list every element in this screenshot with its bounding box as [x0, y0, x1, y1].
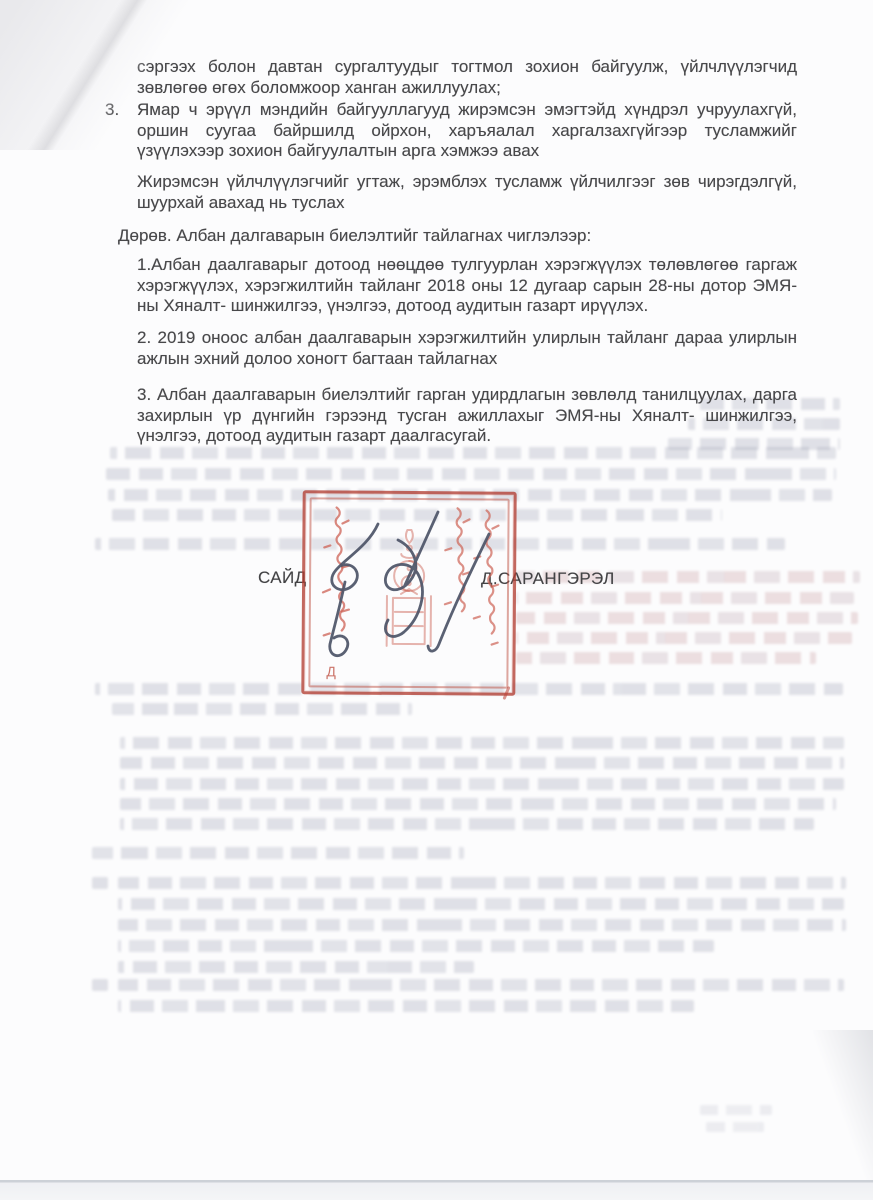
bleedthrough-line	[118, 898, 844, 910]
bleedthrough-line	[118, 940, 714, 952]
bleedthrough-line	[516, 592, 854, 604]
item-text: Ямар ч эрүүл мэндийн байгууллагууд жирэм…	[137, 100, 797, 162]
bleedthrough-line	[120, 798, 836, 810]
bleedthrough-line	[516, 632, 852, 644]
directive-1: 1.Албан даалгаварыг дотоод нөөцдөө тулгу…	[137, 255, 797, 317]
bleedthrough-line	[120, 778, 844, 790]
section-four-heading: Дөрөв. Албан далгаварын биелэлтийг тайла…	[118, 226, 818, 247]
minister-signature-ink	[296, 486, 536, 716]
bleedthrough-line	[120, 757, 844, 769]
bleedthrough-line	[118, 877, 846, 889]
bleedthrough-line	[120, 818, 814, 830]
scanned-page: сэргээх болон давтан сургалтуудыг тогтмо…	[0, 0, 873, 1200]
bleedthrough-line	[700, 1105, 772, 1115]
bleedthrough-line	[120, 737, 844, 749]
bleedthrough-line	[118, 919, 846, 931]
bottom-page-edge	[0, 1180, 873, 1200]
bleedthrough-line	[106, 468, 836, 480]
bleedthrough-line	[516, 652, 816, 664]
numbered-item-3: 3. Ямар ч эрүүл мэндийн байгууллагууд жи…	[105, 100, 800, 162]
bleedthrough-line	[92, 979, 108, 991]
item-number: 3.	[105, 100, 119, 121]
bleedthrough-line	[92, 877, 108, 889]
bleedthrough-line	[706, 1122, 764, 1132]
continuation-paragraph: сэргээх болон давтан сургалтуудыг тогтмо…	[137, 57, 797, 98]
bleedthrough-line	[110, 447, 836, 459]
directive-3: 3. Албан даалгаварын биелэлтийг гарган у…	[137, 385, 797, 447]
bleedthrough-line	[118, 961, 474, 973]
bleedthrough-line	[516, 612, 858, 624]
bleedthrough-line	[118, 1000, 694, 1012]
bleedthrough-line	[118, 979, 844, 991]
bleedthrough-line	[92, 847, 464, 859]
directive-2: 2. 2019 оноос албан даалгаварын хэрэгжил…	[137, 328, 797, 369]
service-paragraph: Жирэмсэн үйлчлүүлэгчийг угтаж, эрэмблэх …	[137, 172, 797, 213]
